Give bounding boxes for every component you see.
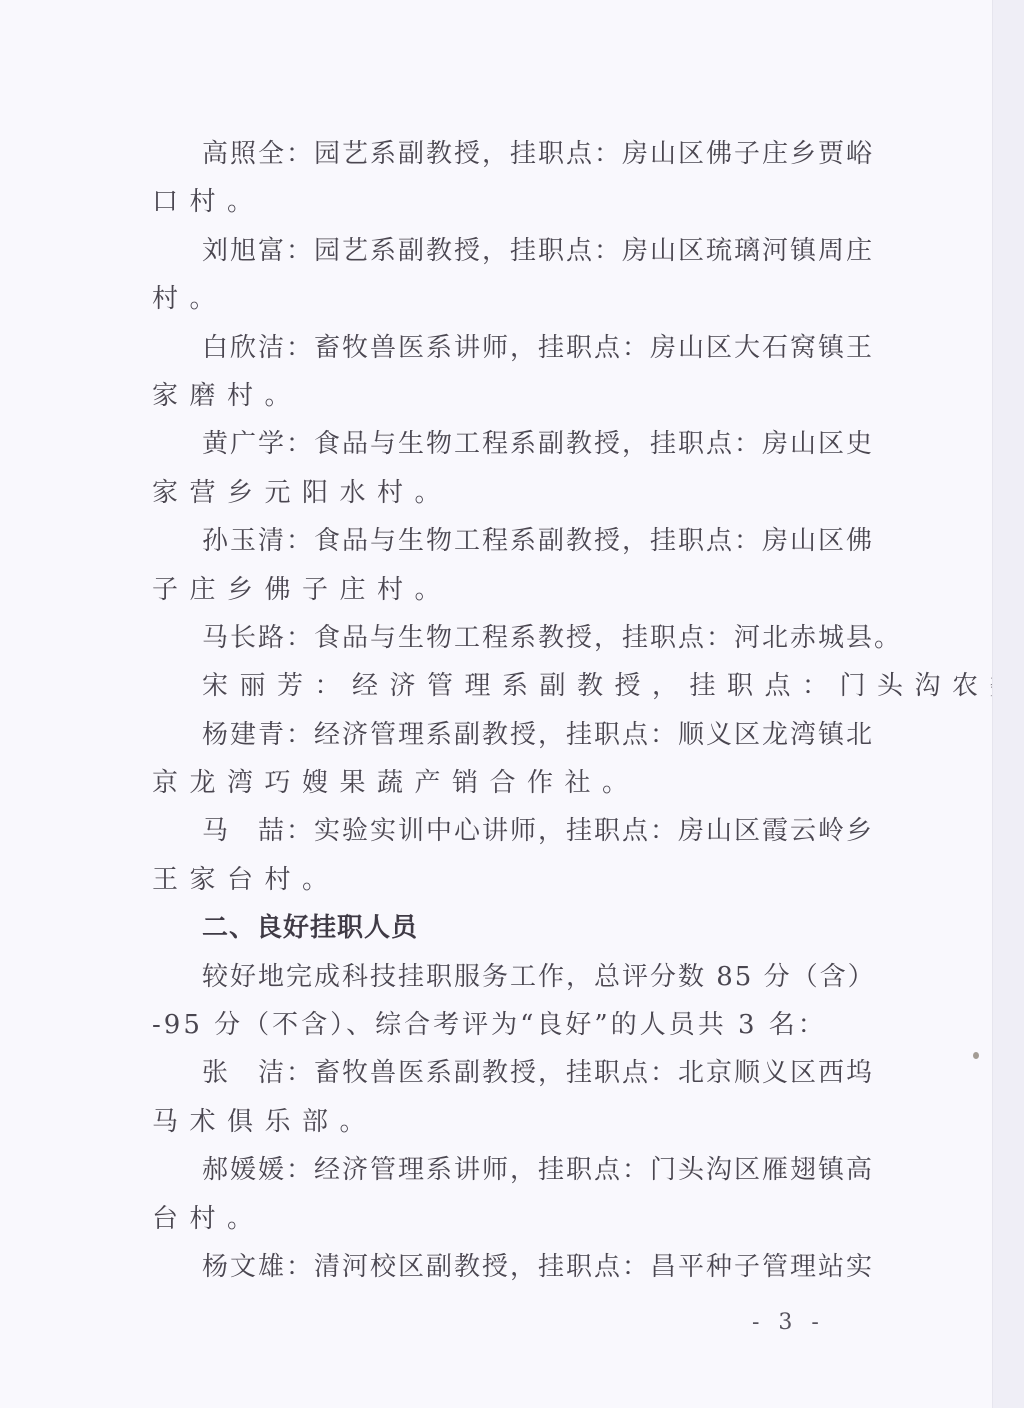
text-line: 杨文雄：清河校区副教授，挂职点：昌平种子管理站实 [152,1247,844,1295]
text-line: 杨建青：经济管理系副教授，挂职点：顺义区龙湾镇北 [152,715,844,763]
text-line: 家营乡元阳水村。 [152,473,844,521]
text-line: 马术俱乐部。 [152,1102,844,1150]
text-line: 京龙湾巧嫂果蔬产销合作社。 [152,763,844,811]
text-line: 孙玉清：食品与生物工程系副教授，挂职点：房山区佛 [152,521,844,569]
text-line: 高照全：园艺系副教授，挂职点：房山区佛子庄乡贾峪 [152,134,844,182]
text-line: -95 分（不含）、综合考评为“良好”的人员共 3 名： [152,1005,844,1053]
text-line: 郝媛媛：经济管理系讲师，挂职点：门头沟区雁翅镇高 [152,1150,844,1198]
text-line: 台村。 [152,1199,844,1247]
document-page: 高照全：园艺系副教授，挂职点：房山区佛子庄乡贾峪 口村。 刘旭富：园艺系副教授，… [0,0,992,1408]
section-heading: 二、良好挂职人员 [152,908,844,956]
text-line: 子庄乡佛子庄村。 [152,570,844,618]
text-line: 宋丽芳：经济管理系副教授，挂职点：门头沟农委。 [152,666,844,714]
text-line: 村。 [152,279,844,327]
text-line: 白欣洁：畜牧兽医系讲师，挂职点：房山区大石窝镇王 [152,328,844,376]
scan-edge-strip [992,0,1024,1408]
text-line: 家磨村。 [152,376,844,424]
page-number: - 3 - [752,1310,825,1335]
text-line: 口村。 [152,182,844,230]
text-line: 刘旭富：园艺系副教授，挂职点：房山区琉璃河镇周庄 [152,231,844,279]
text-line: 王家台村。 [152,860,844,908]
text-line: 张 洁：畜牧兽医系副教授，挂职点：北京顺义区西坞 [152,1053,844,1101]
text-line: 马 喆：实验实训中心讲师，挂职点：房山区霞云岭乡 [152,811,844,859]
text-line: 黄广学：食品与生物工程系副教授，挂职点：房山区史 [152,424,844,472]
text-line: 马长路：食品与生物工程系教授，挂职点：河北赤城县。 [152,618,844,666]
text-line: 较好地完成科技挂职服务工作，总评分数 85 分（含） [152,957,844,1005]
scan-speck [973,1052,979,1059]
document-body: 高照全：园艺系副教授，挂职点：房山区佛子庄乡贾峪 口村。 刘旭富：园艺系副教授，… [152,134,844,1295]
